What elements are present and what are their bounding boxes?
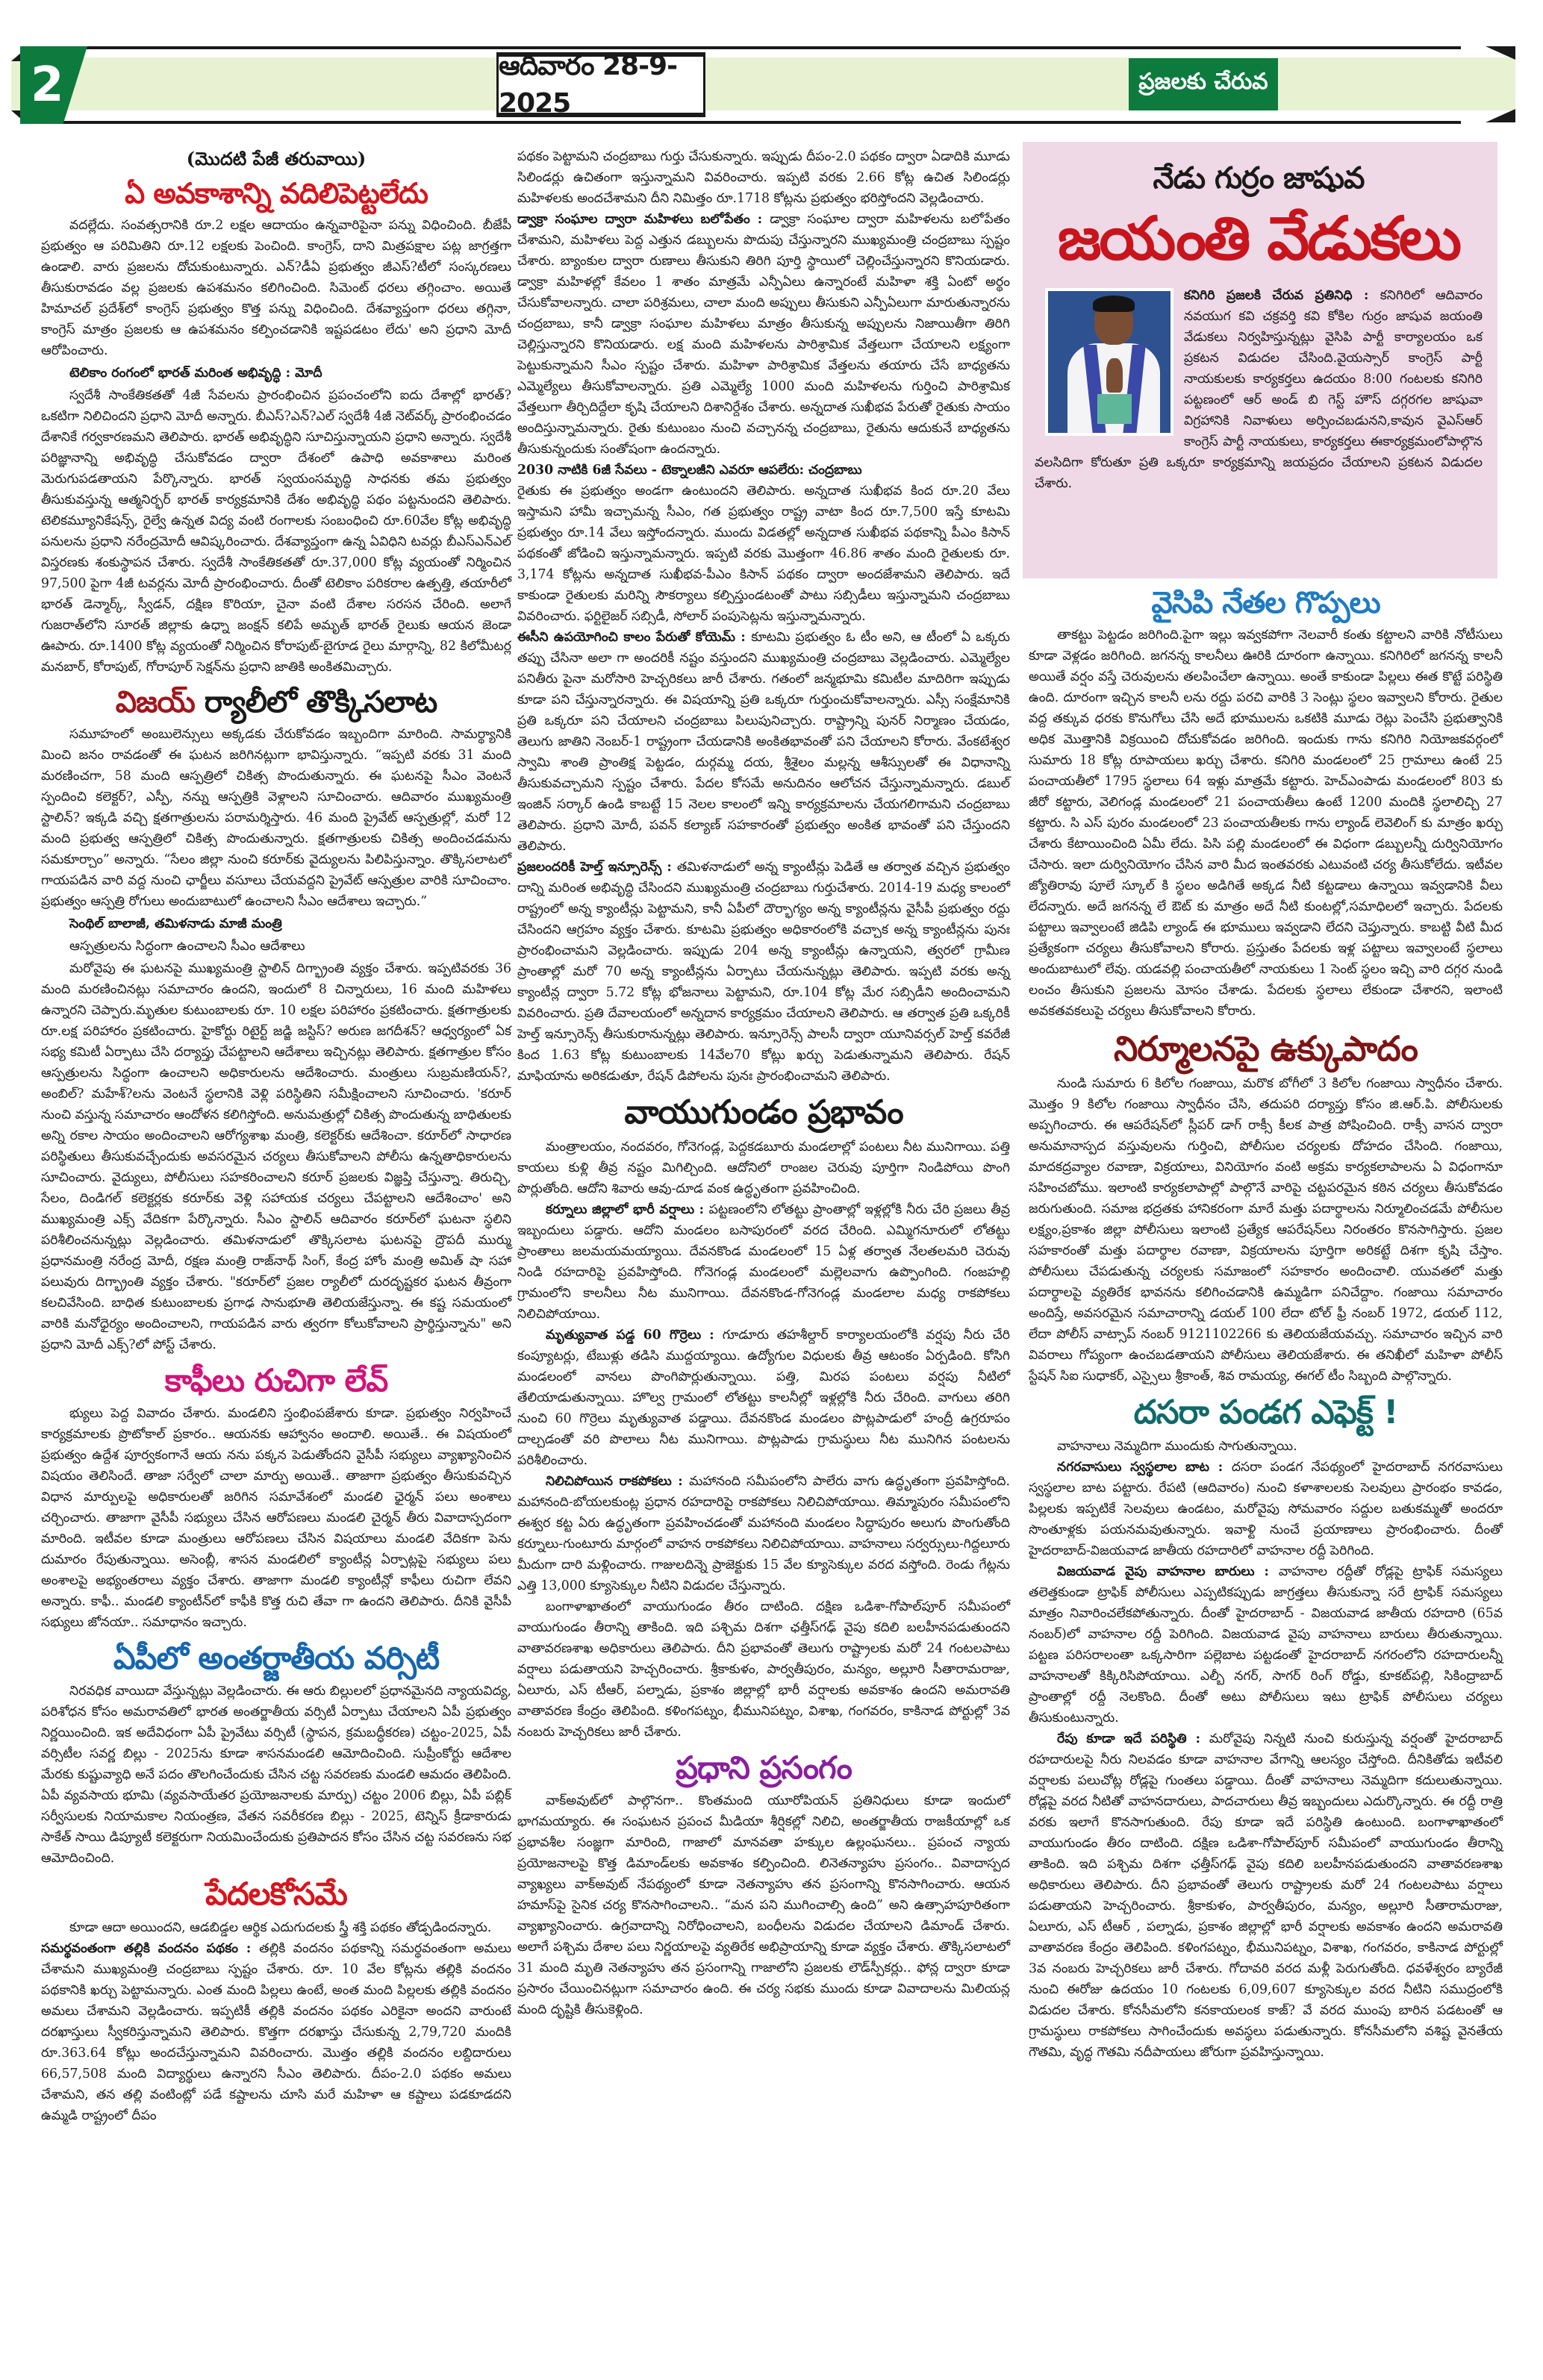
section: నగరవాసులు స్వస్థలాల బాట : దసరా పండగ నేపథ…: [1029, 1457, 1503, 1561]
subheading: నగరవాసులు స్వస్థలాల బాట :: [1057, 1460, 1232, 1475]
headline: నిర్మూలనపై ఉక్కుపాదం: [1029, 1029, 1503, 1069]
paragraph: కూడా ఆదా అయిందని, ఆడబిడ్డల ఆర్థిక ఎదుగుద…: [41, 1917, 511, 1938]
column-3: నేడు గుర్రం జాషువ జయంతి వేడుకలు కనిగిరి …: [1029, 142, 1503, 2063]
article-pm-speech: ప్రధాని ప్రసంగం వాక్‌అవుట్‌లో పాల్గొనగా.…: [517, 1750, 1010, 2020]
paragraph: వదల్లేదు. సంవత్సరానికి రూ.2 లక్షల ఆదాయం …: [41, 215, 511, 361]
headline: పేదలకోసమే: [41, 1876, 511, 1912]
paragraph: బంగాళాఖాతంలో వాయుగుండం తీరం దాటింది. దక్…: [517, 1596, 1010, 1743]
section: కర్నూలు జిల్లాలో భారీ వర్షాలు : పట్టణంలో…: [517, 1199, 1010, 1325]
paragraph: పథకం పెట్టామని చంద్రబాబు గుర్తు చేసుకున్…: [517, 146, 1010, 209]
dateline: కనిగిరి ప్రజలకి చేరువ ప్రతినిధి :: [1184, 288, 1380, 303]
headline-rest: ర్యాలీలో తొక్కిసలాట: [195, 685, 437, 719]
section: ఈసీని ఉపయోగించి కాలం పేరుతో కోయెమ్ : కూట…: [517, 627, 1010, 857]
paragraph-text: పట్టణంలోని లోతట్టు ప్రాంతాల్లో ఇళ్లల్లోక…: [517, 1202, 1010, 1322]
feature-box-jashuva-jayanti: నేడు గుర్రం జాషువ జయంతి వేడుకలు కనిగిరి …: [1023, 142, 1497, 578]
headline: వైసిపి నేతల గొప్పలు: [1029, 586, 1503, 620]
headline: ఏపీలో అంతర్జాతీయ వర్సిటీ: [41, 1640, 511, 1676]
subheading: డ్వాక్రా సంఘాల ద్వారా మహిళలు బలోపేతం :: [517, 212, 770, 227]
paragraph: స్వదేశీ సాంకేతికతతో 4జీ సేవలను ప్రారంభిం…: [41, 385, 511, 678]
article-ysrcp-leaders-boasts: వైసిపి నేతల గొప్పలు తాకట్టు పెట్టడం జరిగ…: [1029, 586, 1503, 1022]
section: ప్రజలందరికీ హెల్త్ ఇన్సూరెన్స్ : తమిళనాడ…: [517, 857, 1010, 1087]
subheading: సెంథిల్ బాలాజీ, తమిళనాడు మాజీ మంత్రి: [41, 913, 511, 934]
paragraph: వాహనాలు నెమ్మదిగా ముందుకు సాగుతున్నాయి.: [1029, 1436, 1503, 1457]
paragraph-text: వాహనాల రద్దీతో రోడ్లపై ట్రాఫిక్ సమస్యలు …: [1029, 1564, 1503, 1725]
paragraph-text: డ్వాక్రా సంఘాల ద్వారా మహిళలను బలోపేతం చే…: [517, 212, 1010, 457]
paragraph-text: తమిళనాడులో అన్న క్యాంటీన్లు పెడితే ఆ తర్…: [517, 860, 1010, 1084]
article-for-the-poor: పేదలకోసమే కూడా ఆదా అయిందని, ఆడబిడ్డల ఆర్…: [41, 1876, 511, 2126]
paragraph: మంత్రాలయం, నందవరం, గోనెగండ్ల, పెద్దకడబూర…: [517, 1137, 1010, 1199]
article-no-opportunity-missed: ఏ అవకాశాన్ని వదిలిపెట్టలేదు వదల్లేదు. సం…: [41, 178, 511, 678]
masthead-left-cap: [11, 52, 22, 61]
subheading: 2030 నాటికి 6జీ సేవలు - టెక్నాలజీని ఎవరూ…: [517, 460, 1010, 481]
subheading: ఈసీని ఉపయోగించి కాలం పేరుతో కోయెమ్ :: [517, 630, 751, 645]
masthead: 2 ఆదివారం 28-9-2025 ప్రజలకు చేరువ: [11, 45, 1515, 125]
section: మృత్యువాత పడ్డ 60 గొర్రెలు : గూడూరు తహశీ…: [517, 1325, 1010, 1471]
subheading: కర్నూలు జిల్లాలో భారీ వర్షాలు :: [546, 1202, 709, 1217]
headline: విజయ్ ర్యాలీలో తొక్కిసలాట: [41, 685, 511, 719]
paragraph: రైతుకు ఈ ప్రభుత్వం అండగా ఉంటుందని తెలిపా…: [517, 481, 1010, 627]
article-drug-eradication: నిర్మూలనపై ఉక్కుపాదం నుండి సుమారు 6 కిలో…: [1029, 1029, 1503, 1387]
subheading: సమర్థవంతంగా తల్లికి వందనం పథకం :: [41, 1941, 259, 1956]
subheading: టెలికాం రంగంలో భారత్ మరింత అభివృద్ధి : మ…: [41, 363, 511, 384]
paragraph: భ్యులు పెద్ద వివాదం చేశారు. మండలిని స్తం…: [41, 1403, 511, 1633]
paragraph: నిరవధిక వాయిదా వేస్తున్నట్లు వెల్లడించార…: [41, 1681, 511, 1869]
feature-title: జయంతి వేడుకలు: [1035, 203, 1483, 275]
paragraph-text: మరోవైపు నిన్నటి నుంచి కురుస్తున్న వర్షంత…: [1029, 1731, 1503, 2060]
paragraph: తాకట్టు పెట్టడం జరిగింది.పైగా ఇల్లు ఇవ్వ…: [1029, 625, 1503, 1022]
paragraph: మరోవైపు ఈ ఘటనపై ముఖ్యమంత్రి స్టాలిన్ దిగ…: [41, 958, 511, 1355]
subheading: మృత్యువాత పడ్డ 60 గొర్రెలు :: [546, 1328, 723, 1343]
section: నిలిచిపోయిన రాకపోకలు : మహానంది సమీపంలోని…: [517, 1471, 1010, 1596]
paragraph-text: తల్లికి వందనం పథకాన్ని సమర్థవంతంగా అమలు …: [41, 1941, 511, 2123]
paragraph: వాక్‌అవుట్‌లో పాల్గొనగా.. కొంతమంది యూరోప…: [517, 1790, 1010, 2020]
section: డ్వాక్రా సంఘాల ద్వారా మహిళలు బలోపేతం : డ…: [517, 209, 1010, 460]
article-dasara-festival-effect: దసరా పండగ ఎఫెక్ట్ ! వాహనాలు నెమ్మదిగా ము…: [1029, 1394, 1503, 2064]
column-1: (మొదటి పేజీ తరువాయి) ఏ అవకాశాన్ని వదిలిప…: [41, 142, 511, 2126]
article-depression-impact: వాయుగుండం ప్రభావం మంత్రాలయం, నందవరం, గోన…: [517, 1094, 1010, 1743]
masthead-left-cap-bottom: [11, 110, 22, 119]
column-2: పథకం పెట్టామని చంద్రబాబు గుర్తు చేసుకున్…: [517, 142, 1010, 2020]
subheading: విజయవాడ వైపు వాహనాల బారులు :: [1057, 1564, 1279, 1579]
section: రేపు కూడా ఇదే పరిస్థితి : మరోవైపు నిన్నట…: [1029, 1728, 1503, 2063]
subheading: ఆస్పత్రులను సిద్ధంగా ఉంచాలని సీఎం ఆదేశాల…: [41, 936, 511, 957]
headline: ప్రధాని ప్రసంగం: [517, 1750, 1010, 1786]
issue-date: ఆదివారం 28-9-2025: [496, 52, 705, 117]
headline-highlight: విజయ్: [116, 685, 195, 719]
paragraph-text: మహానంది సమీపంలోని పాలేరు వాగు ఉద్ధృతంగా …: [517, 1474, 1010, 1593]
article-international-university-ap: ఏపీలో అంతర్జాతీయ వర్సిటీ నిరవధిక వాయిదా …: [41, 1640, 511, 1869]
article-vijay-rally-stampede: విజయ్ ర్యాలీలో తొక్కిసలాట సమూహంలో అంబులె…: [41, 685, 511, 1355]
paragraph-text: గూడూరు తహశీల్దార్ కార్యాలయంలోకి వర్షపు న…: [517, 1328, 1010, 1468]
headline: వాయుగుండం ప్రభావం: [517, 1094, 1010, 1132]
subheading: ప్రజలందరికీ హెల్త్ ఇన్సూరెన్స్ :: [517, 860, 677, 875]
paragraph-text: కూటమి ప్రభుత్వం ఓ టీం అని, ఆ టీంలో ఏ ఒక్…: [517, 630, 1010, 854]
masthead-right-cap: [1486, 46, 1515, 60]
headline: దసరా పండగ ఎఫెక్ట్ !: [1029, 1394, 1503, 1432]
feature-subtitle: నేడు గుర్రం జాషువ: [1035, 160, 1483, 197]
leader-photo: [1045, 288, 1173, 436]
headline: కాఫీలు రుచిగా లేవ్: [41, 1363, 511, 1399]
newspaper-brand: ప్రజలకు చేరువ: [1129, 58, 1278, 110]
paragraph: నుండి సుమారు 6 కిలోల గంజాయి, మరొక బోగీలో…: [1029, 1073, 1503, 1387]
article-coffee-not-tasty: కాఫీలు రుచిగా లేవ్ భ్యులు పెద్ద వివాదం చ…: [41, 1363, 511, 1633]
continued-from-front-page: (మొదటి పేజీ తరువాయి): [41, 148, 511, 170]
paragraph: సమర్థవంతంగా తల్లికి వందనం పథకం : తల్లికి…: [41, 1938, 511, 2126]
headline: ఏ అవకాశాన్ని వదిలిపెట్టలేదు: [41, 178, 511, 210]
subheading: రేపు కూడా ఇదే పరిస్థితి :: [1057, 1731, 1209, 1746]
paragraph: సమూహంలో అంబులెన్సులు అక్కడకు చేరుకోవడం ఇ…: [41, 724, 511, 912]
section: విజయవాడ వైపు వాహనాల బారులు : వాహనాల రద్ద…: [1029, 1561, 1503, 1728]
masthead-right-cap-bottom: [1486, 109, 1515, 122]
subheading: నిలిచిపోయిన రాకపోకలు :: [546, 1474, 689, 1489]
